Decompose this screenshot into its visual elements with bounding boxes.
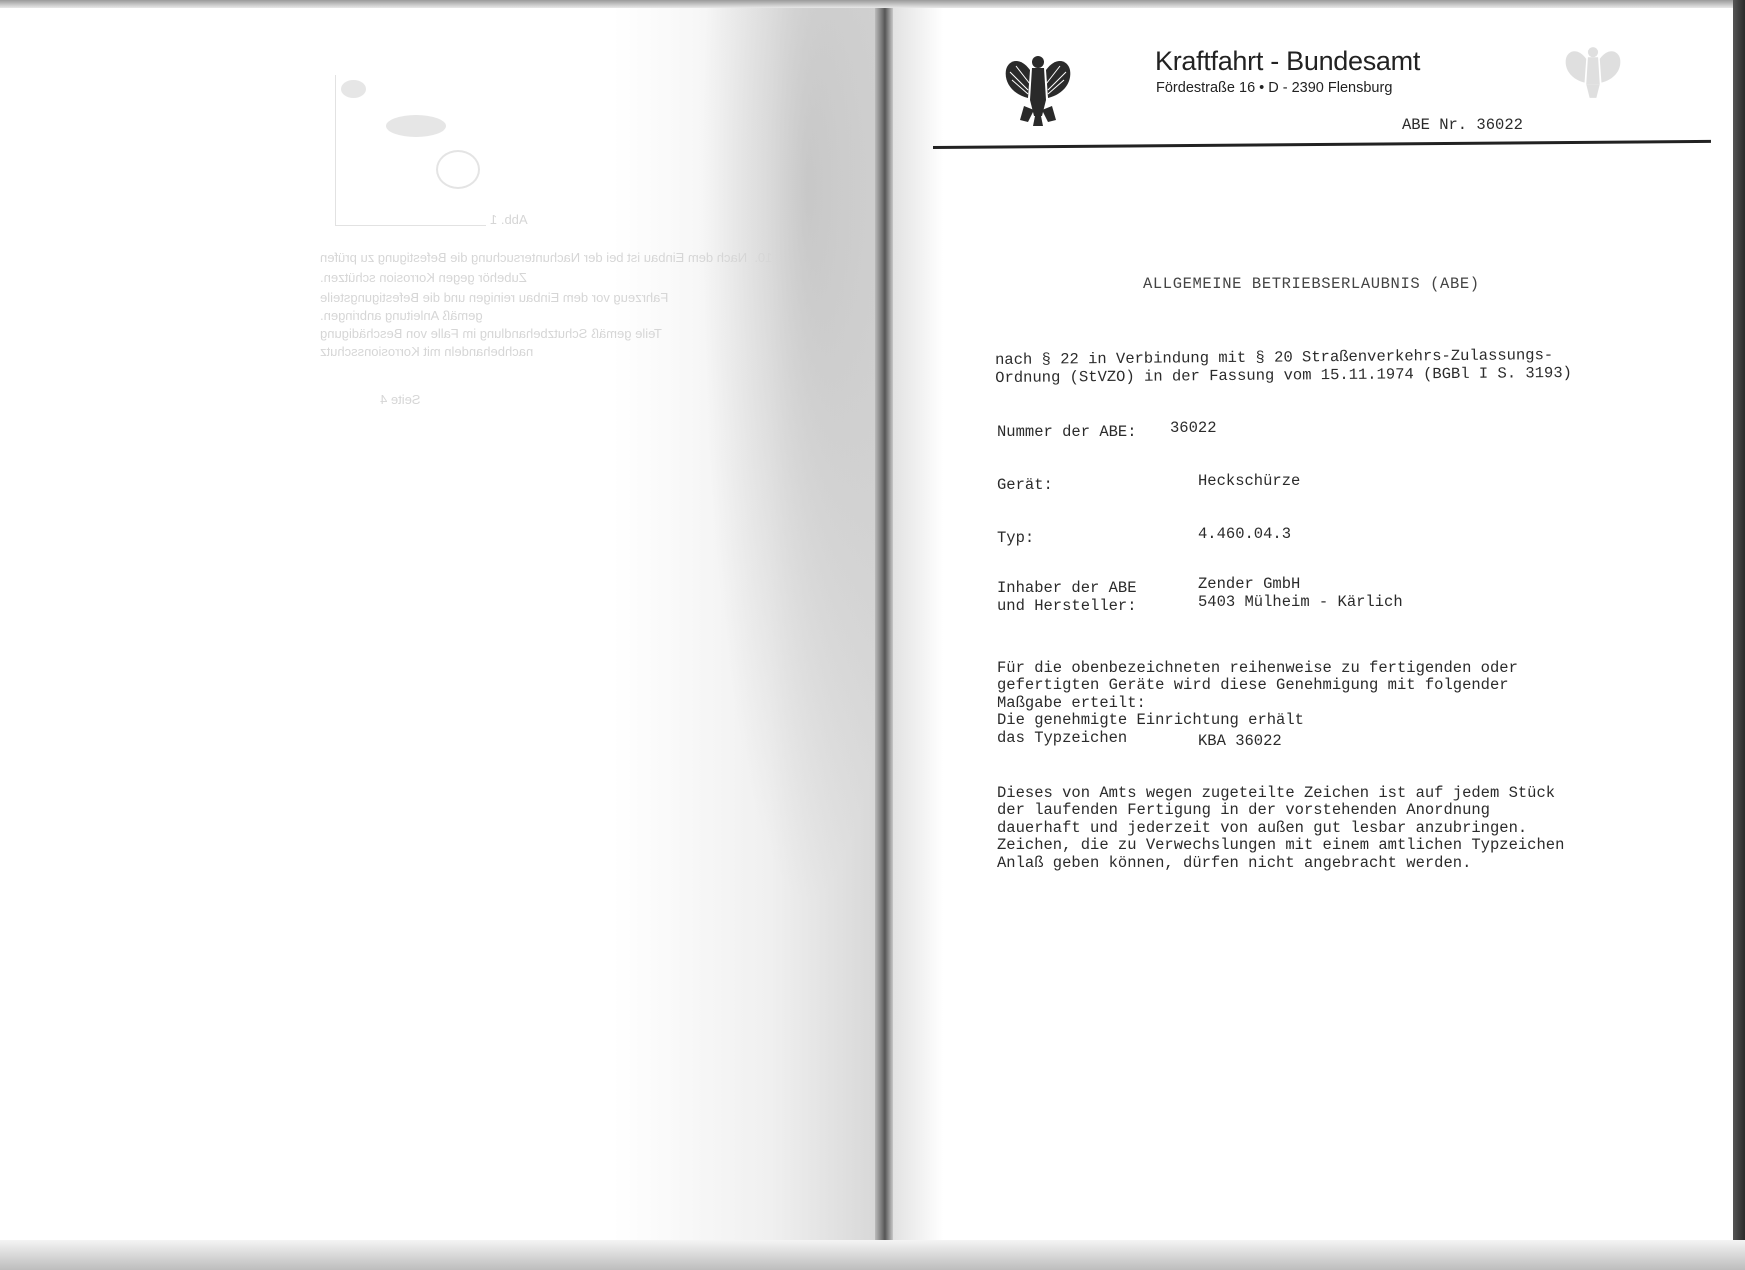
scan-border-right	[1733, 0, 1745, 1270]
field-label-type: Typ:	[997, 530, 1034, 548]
holder-label-line: und Hersteller:	[997, 598, 1137, 616]
bleed-line: Zubehör gegen Korrosion schützen.	[320, 268, 545, 287]
paragraph-line: Dieses von Amts wegen zugeteilte Zeichen…	[997, 785, 1564, 803]
bleed-line: Teile gemäß Schutzbehandlung im Falle vo…	[320, 324, 680, 343]
holder-label-line: Inhaber der ABE	[997, 580, 1137, 598]
agency-name: Kraftfahrt - Bundesamt	[1155, 46, 1420, 77]
right-page	[893, 8, 1733, 1240]
paragraph-line: dauerhaft und jederzeit von außen gut le…	[997, 820, 1564, 838]
paragraph-line: Maßgabe erteilt:	[997, 695, 1518, 713]
bleed-figure-label: Abb. 1	[490, 210, 528, 229]
bleed-line: Fahrzeug vor dem Einbau reinigen und die…	[320, 288, 686, 307]
marking-paragraph: Dieses von Amts wegen zugeteilte Zeichen…	[997, 767, 1564, 872]
holder-value-line: Zender GmbH	[1198, 576, 1403, 594]
left-page-shadow	[700, 8, 880, 908]
paragraph-line: Für die obenbezeichneten reihenweise zu …	[997, 660, 1518, 678]
paragraph-line: Anlaß geben können, dürfen nicht angebra…	[997, 855, 1564, 873]
federal-eagle-icon	[1002, 50, 1074, 128]
field-value-type: 4.460.04.3	[1198, 526, 1291, 544]
bleed-line: gemäß Anleitung anbringen.	[320, 306, 501, 325]
paragraph-line: Zeichen, die zu Verwechslungen mit einem…	[997, 837, 1564, 855]
bleed-through-figure	[335, 75, 486, 226]
field-value-holder: Zender GmbH5403 Mülheim - Kärlich	[1198, 576, 1403, 611]
field-label-number: Nummer der ABE:	[997, 424, 1137, 442]
field-label-device: Gerät:	[997, 477, 1053, 495]
field-value-number: 36022	[1170, 420, 1217, 438]
field-value-device: Heckschürze	[1198, 473, 1300, 491]
holder-value-line: 5403 Mülheim - Kärlich	[1198, 594, 1403, 612]
scan-border-bottom	[0, 1240, 1745, 1270]
paragraph-line: Die genehmigte Einrichtung erhält	[997, 712, 1518, 730]
document-title: ALLGEMEINE BETRIEBSERLAUBNIS (ABE)	[1143, 276, 1480, 294]
paragraph-line: gefertigten Geräte wird diese Genehmigun…	[997, 677, 1518, 695]
type-mark: KBA 36022	[1198, 733, 1282, 751]
book-spine	[875, 8, 893, 1240]
paragraph-line: der laufenden Fertigung in der vorstehen…	[997, 802, 1564, 820]
bleed-line: Seite 4	[380, 390, 439, 409]
scan-border-top	[0, 0, 1745, 8]
bleed-line: 10. Nach dem Einbau ist bei der Nachunte…	[320, 248, 772, 267]
field-label-holder: Inhaber der ABEund Hersteller:	[997, 580, 1137, 615]
legal-preamble: nach § 22 in Verbindung mit § 20 Straßen…	[995, 347, 1572, 387]
bleed-line: nachbehandeln mit Korrosionsschutz	[320, 342, 551, 361]
federal-eagle-ghost-icon	[1560, 42, 1626, 108]
reference-number: ABE Nr. 36022	[1402, 117, 1523, 135]
agency-address: Fördestraße 16 • D - 2390 Flensburg	[1156, 80, 1392, 96]
